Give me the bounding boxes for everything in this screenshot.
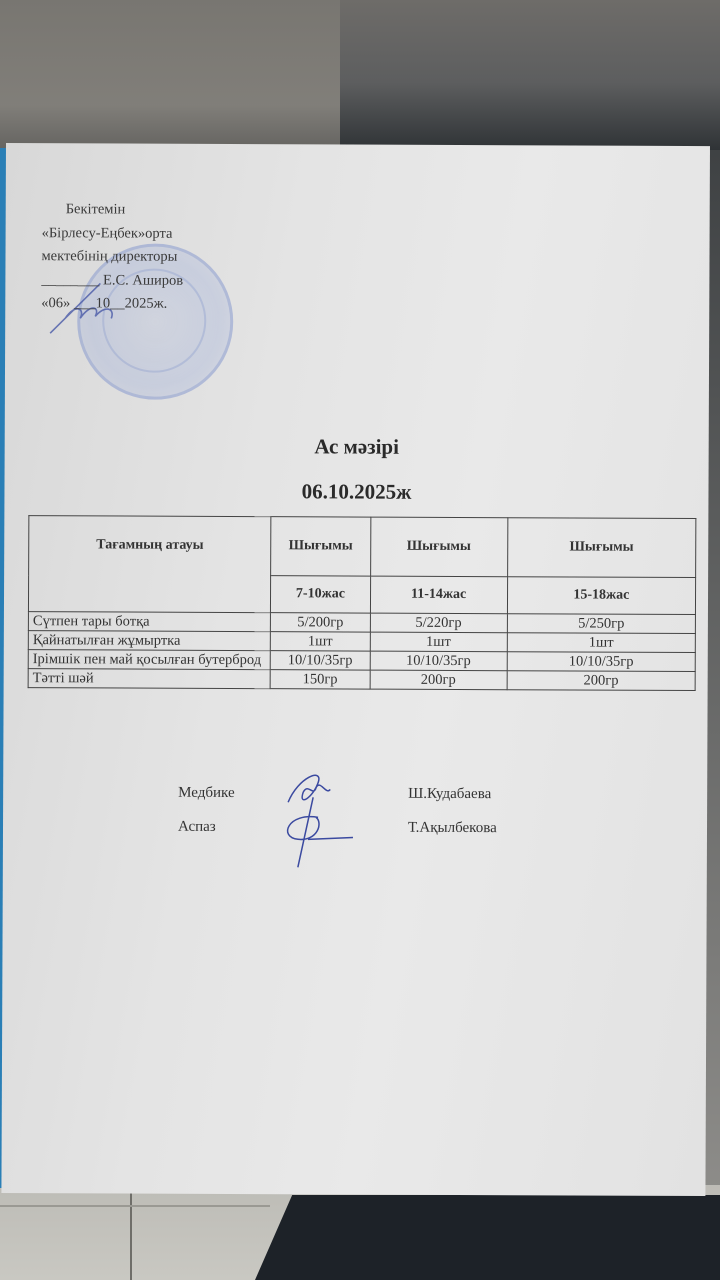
background-wall: [0, 0, 340, 150]
portion-value: 1шт: [370, 632, 507, 652]
portion-value: 5/220гр: [370, 613, 507, 633]
column-header-output: Шығымы: [370, 517, 507, 577]
portion-value: 5/250гр: [507, 614, 695, 634]
portion-value: 1шт: [271, 632, 370, 651]
portion-value: 150гр: [270, 670, 369, 689]
floor-tile-line: [130, 1190, 132, 1280]
portion-value: 10/10/35гр: [271, 651, 370, 670]
table-row: Ірімшік пен май қосылған бутерброд 10/10…: [28, 650, 695, 672]
approval-block: Бекітемін «Бірлесу-Еңбек»орта мектебінің…: [41, 198, 183, 316]
signature-name: Т.Ақылбекова: [408, 820, 497, 837]
dish-name: Тәтті шәй: [28, 669, 270, 689]
portion-value: 200гр: [507, 671, 695, 691]
signature-role: Аспаз: [178, 819, 216, 836]
column-header-dish: Тағамның атауы: [28, 516, 271, 613]
dish-name: Қайнатылған жұмыртка: [28, 631, 270, 651]
background-shadow: [340, 0, 720, 150]
age-group: 7-10жас: [271, 576, 370, 613]
menu-document: Бекітемін «Бірлесу-Еңбек»орта мектебінің…: [1, 143, 710, 1196]
age-group: 15-18жас: [507, 577, 695, 615]
table-row: Қайнатылған жұмыртка 1шт 1шт 1шт: [28, 631, 695, 653]
column-header-output: Шығымы: [507, 518, 696, 578]
director-name: ________ Е.С. Аширов: [41, 269, 183, 293]
signature-role: Медбике: [178, 785, 235, 802]
dish-name: Ірімшік пен май қосылған бутерброд: [28, 650, 270, 670]
dark-object: [255, 1195, 720, 1280]
column-header-output: Шығымы: [271, 517, 370, 576]
age-group: 11-14жас: [370, 576, 507, 614]
menu-table: Тағамның атауы Шығымы Шығымы Шығымы 7-10…: [28, 515, 697, 691]
portion-value: 5/200гр: [271, 613, 370, 632]
portion-value: 1шт: [507, 633, 695, 653]
director-title: мектебінің директоры: [41, 245, 183, 269]
menu-date: 06.10.2025ж: [4, 478, 708, 506]
signature-row: Аспаз Т.Ақылбекова: [178, 819, 578, 855]
portion-value: 10/10/35гр: [370, 651, 507, 671]
signature-name: Ш.Кудабаева: [408, 786, 491, 803]
approval-date: «06» ___10__2025ж.: [41, 292, 183, 316]
approval-heading: Бекітемін: [42, 198, 184, 222]
table-header-row: Тағамның атауы Шығымы Шығымы Шығымы: [29, 516, 696, 578]
signature-row: Медбике Ш.Кудабаева: [178, 785, 578, 821]
portion-value: 200гр: [370, 670, 507, 690]
table-row: Сүтпен тары ботқа 5/200гр 5/220гр 5/250г…: [28, 612, 695, 634]
table-row: Тәтті шәй 150гр 200гр 200гр: [28, 669, 695, 691]
dish-name: Сүтпен тары ботқа: [28, 612, 270, 632]
signatures-block: Медбике Ш.Кудабаева Аспаз Т.Ақылбекова: [178, 785, 578, 855]
school-name: «Бірлесу-Еңбек»орта: [42, 222, 184, 246]
floor-tile-line: [0, 1205, 270, 1207]
page-title: Ас мәзірі: [5, 433, 709, 461]
portion-value: 10/10/35гр: [507, 652, 695, 672]
